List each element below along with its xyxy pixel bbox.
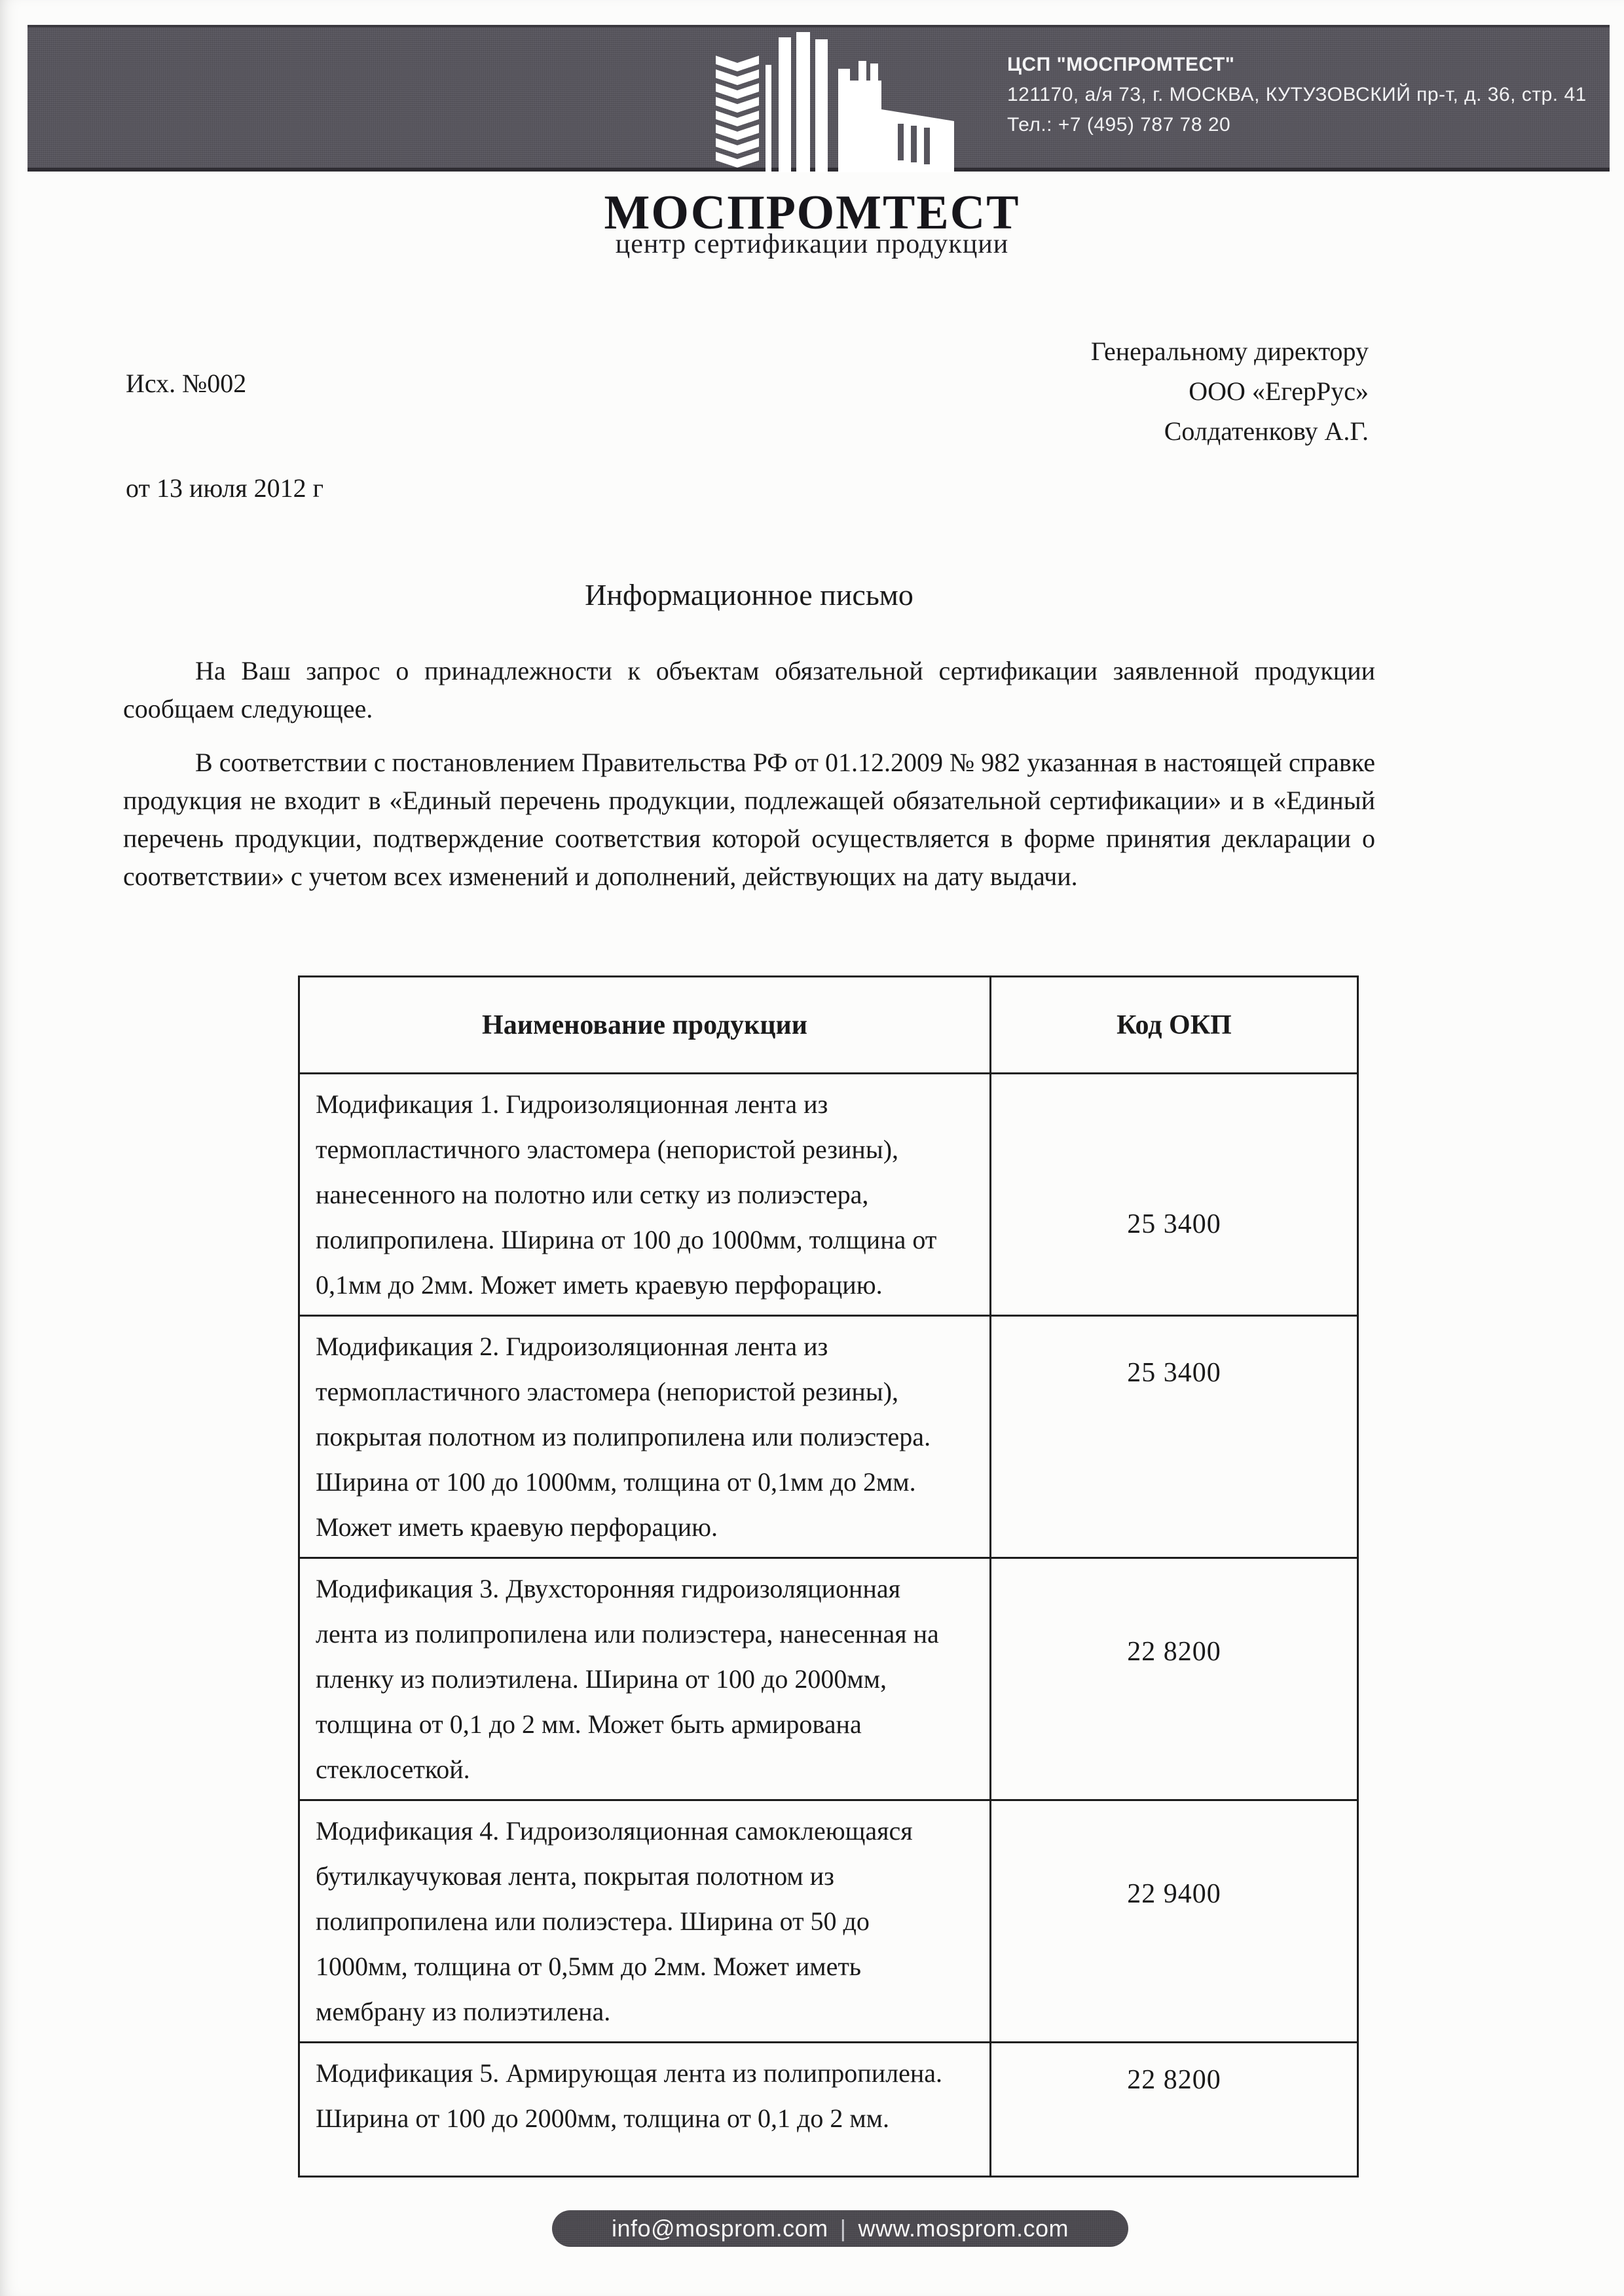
letterhead-address: 121170, а/я 73, г. МОСКВА, КУТУЗОВСКИЙ п… [1007,80,1587,110]
footer-separator: | [840,2215,847,2242]
table-row: Модификация 5. Армирующая лента из полип… [299,2043,1358,2177]
letter-paragraph: На Ваш запрос о принадлежности к объекта… [123,652,1375,728]
okp-code-cell: 25 3400 [991,1074,1358,1316]
building-skyline-icon [710,18,986,172]
okp-code-cell: 22 8200 [991,2043,1358,2177]
footer-email: info@mosprom.com [612,2215,828,2242]
table-row: Модификация 2. Гидроизоляционная лента и… [299,1316,1358,1558]
col-header-product-name: Наименование продукции [299,977,991,1074]
scanned-letter-page: ЦСП "МОСПРОМТЕСТ" 121170, а/я 73, г. МОС… [0,0,1624,2296]
product-name-cell: Модификация 2. Гидроизоляционная лента и… [299,1316,991,1558]
okp-code-cell: 25 3400 [991,1316,1358,1558]
products-table-wrap: Наименование продукции Код ОКП Модификац… [298,975,1359,2178]
product-name-cell: Модификация 4. Гидроизоляционная самокле… [299,1800,991,2043]
recipient-line: Генеральному директору [1091,331,1369,371]
recipient-line: Солдатенкову А.Г. [1091,411,1369,451]
footer-website: www.mosprom.com [858,2215,1069,2242]
product-name-cell: Модификация 5. Армирующая лента из полип… [299,2043,991,2177]
table-row: Модификация 1. Гидроизоляционная лента и… [299,1074,1358,1316]
letterhead-phone: Тел.: +7 (495) 787 78 20 [1007,110,1587,140]
letter-body: На Ваш запрос о принадлежности к объекта… [123,652,1375,896]
recipient-block: Генеральному директору ООО «ЕгерРус» Сол… [1091,331,1369,451]
letter-date: от 13 июля 2012 г [126,473,323,503]
letterhead-org-name: ЦСП "МОСПРОМТЕСТ" [1007,50,1587,80]
letterhead-band: ЦСП "МОСПРОМТЕСТ" 121170, а/я 73, г. МОС… [28,25,1610,172]
letterhead-contact-block: ЦСП "МОСПРОМТЕСТ" 121170, а/я 73, г. МОС… [1007,50,1587,140]
table-header-row: Наименование продукции Код ОКП [299,977,1358,1074]
recipient-line: ООО «ЕгерРус» [1091,371,1369,411]
letter-title: Информационное письмо [123,577,1375,612]
okp-code-cell: 22 8200 [991,1558,1358,1800]
products-table: Наименование продукции Код ОКП Модификац… [298,975,1359,2178]
okp-code-cell: 22 9400 [991,1800,1358,2043]
table-row: Модификация 4. Гидроизоляционная самокле… [299,1800,1358,2043]
letter-paragraph: В соответствии с постановлением Правител… [123,744,1375,896]
product-name-cell: Модификация 1. Гидроизоляционная лента и… [299,1074,991,1316]
product-name-cell: Модификация 3. Двухсторонняя гидроизоляц… [299,1558,991,1800]
table-row: Модификация 3. Двухсторонняя гидроизоляц… [299,1558,1358,1800]
outgoing-number: Исх. №002 [126,368,246,399]
col-header-okp-code: Код ОКП [991,977,1358,1074]
footer-contact-bar: info@mosprom.com | www.mosprom.com [552,2210,1128,2247]
brand-subtitle: центр сертификации продукции [0,230,1624,258]
